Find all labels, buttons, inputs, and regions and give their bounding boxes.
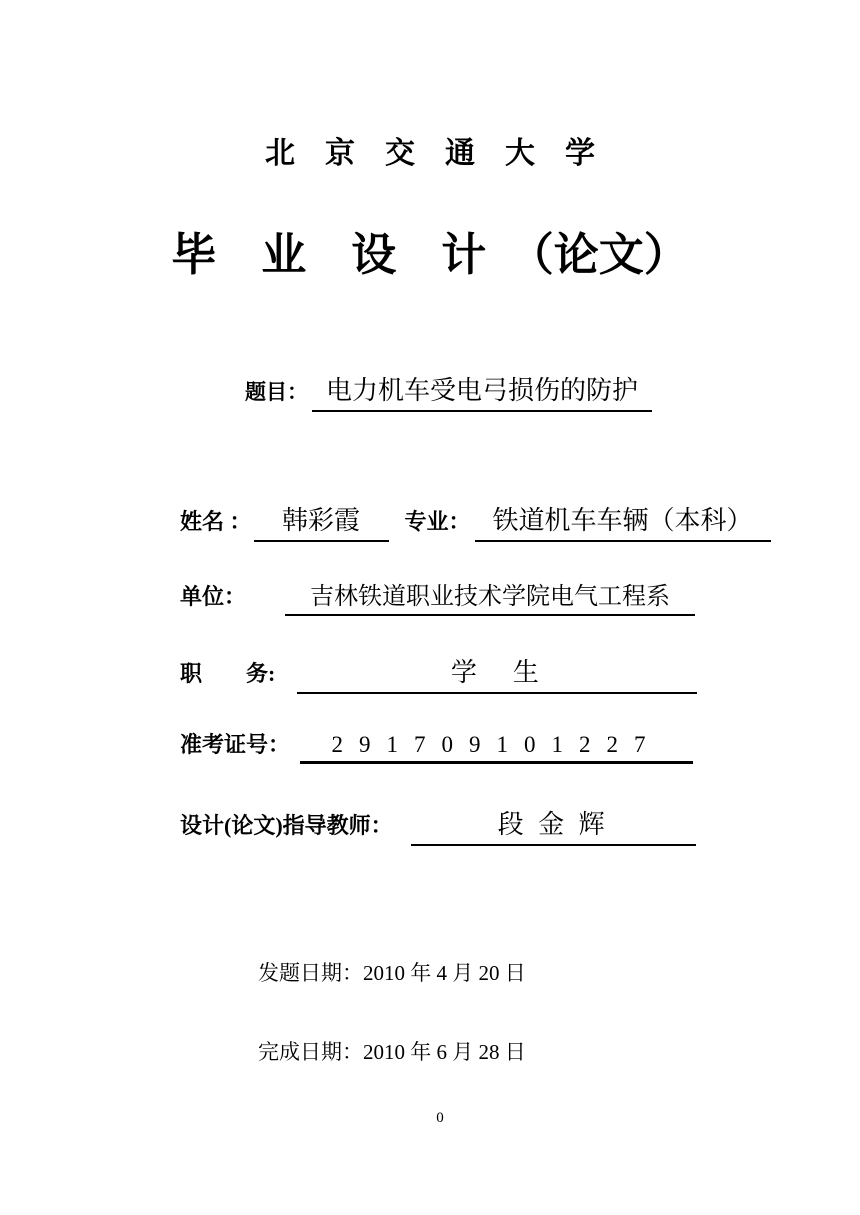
page-number: 0	[0, 1110, 860, 1127]
field-row-unit: 单位：吉林铁道职业技术学院电气工程系	[180, 576, 695, 616]
field-row-duty: 职 务:学 生	[180, 652, 697, 694]
issue-date-label: 发题日期：	[258, 961, 363, 985]
topic-row: 题目：电力机车受电弓损伤的防护	[245, 370, 652, 412]
field-row-advisor: 设计(论文)指导教师：段 金 辉	[180, 804, 696, 846]
complete-date-value: 2010 年 6 月 28 日	[363, 1040, 526, 1064]
duty-label: 职 务:	[180, 661, 275, 686]
document-title: 毕 业 设 计 （论文）	[0, 218, 860, 283]
major-value: 铁道机车车辆（本科）	[475, 500, 771, 542]
topic-value: 电力机车受电弓损伤的防护	[312, 370, 652, 412]
name-label: 姓名 ：	[180, 509, 252, 534]
unit-value: 吉林铁道职业技术学院电气工程系	[285, 576, 695, 616]
major-label: 专业：	[405, 509, 471, 534]
name-value: 韩彩霞	[254, 500, 389, 542]
duty-value: 学 生	[297, 652, 697, 694]
issue-date-row: 发题日期：2010 年 4 月 20 日	[258, 957, 526, 987]
topic-label: 题目：	[245, 380, 308, 404]
field-row-exam-number: 准考证号：291709101227	[180, 728, 693, 764]
thesis-cover-page: 北 京 交 通 大 学 毕 业 设 计 （论文） 题目：电力机车受电弓损伤的防护…	[0, 0, 860, 1215]
complete-date-row: 完成日期：2010 年 6 月 28 日	[258, 1036, 526, 1066]
exam-number-value: 291709101227	[300, 732, 693, 764]
issue-date-value: 2010 年 4 月 20 日	[363, 961, 526, 985]
advisor-value: 段 金 辉	[411, 804, 696, 846]
field-row-name-major: 姓名 ：韩彩霞专业：铁道机车车辆（本科）	[180, 500, 771, 542]
advisor-label: 设计(论文)指导教师：	[180, 813, 393, 838]
exam-number-label: 准考证号：	[180, 732, 290, 757]
unit-label: 单位：	[180, 584, 246, 609]
complete-date-label: 完成日期：	[258, 1040, 363, 1064]
university-name: 北 京 交 通 大 学	[0, 128, 860, 172]
